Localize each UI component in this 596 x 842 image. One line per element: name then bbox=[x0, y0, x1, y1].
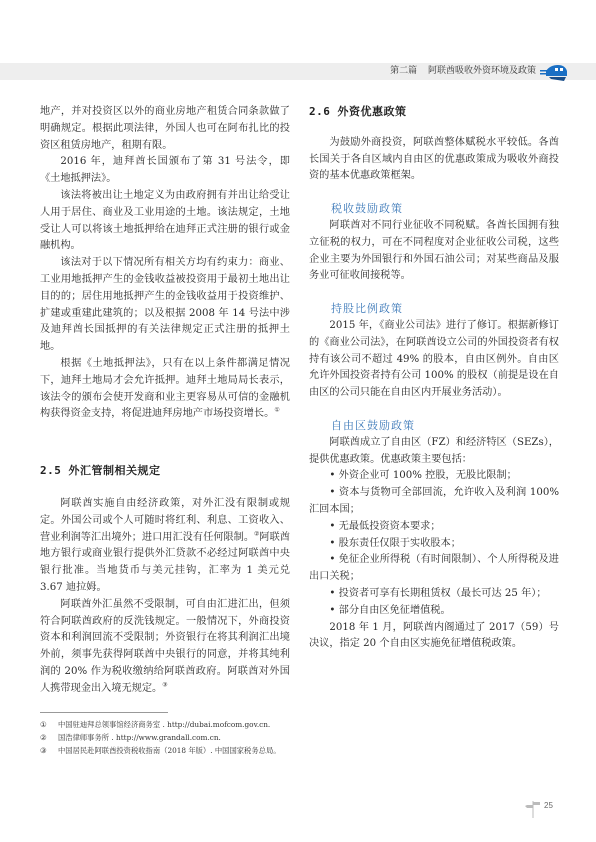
section-title-2-6: 2.6 外资优惠政策 bbox=[309, 104, 559, 121]
header-title: 阿联酋吸收外资环境及政策 bbox=[428, 66, 536, 76]
list-item: • 股东责任仅限于实收股本； bbox=[309, 536, 559, 553]
paragraph-continued: 地产，并对投资区以外的商业房地产租赁合同条款做了明确规定。根据此项法律，外国人也… bbox=[40, 104, 290, 154]
subsection-title-tax: 税收鼓励政策 bbox=[331, 201, 559, 218]
footnote-ref-3[interactable]: ③ bbox=[162, 681, 167, 688]
list-item: • 无最低投资资本要求； bbox=[309, 519, 559, 536]
page-number: 25 bbox=[544, 800, 553, 812]
paragraph-land-definition: 该法将被出让土地定义为由政府拥有并出让给受让人用于居住、商业及工业用途的土地。该… bbox=[40, 188, 290, 255]
paragraph-forex-policy: 阿联酋实施自由经济政策，对外汇没有限制或规定。外国公司或个人可随时将红利、利息、… bbox=[40, 496, 290, 597]
paragraph-incentive-intro: 为鼓励外商投资，阿联酋整体赋税水平较低。各酋长国关于各自区域内自由区的优惠政策成… bbox=[309, 135, 559, 185]
paragraph-2016-decree: 2016 年，迪拜酋长国颁布了第 31 号法令，即《土地抵押法》。 bbox=[40, 154, 290, 188]
page-footer: 25 bbox=[525, 800, 553, 820]
paragraph-shareholding: 2015 年，《商业公司法》进行了修订。根据新修订的《商业公司法》，在阿联酋设立… bbox=[309, 318, 559, 402]
paragraph-tax: 阿联酋对不同行业征收不同税赋。各酋长国拥有独立征税的权力，可在不同程度对企业征收… bbox=[309, 218, 559, 285]
list-item: • 部分自由区免征增值税。 bbox=[309, 603, 559, 620]
footnote-3: ③ 中国居民赴阿联酋投资税收指南（2018 年版）. 中国国家税务总局。 bbox=[40, 744, 440, 757]
list-item: • 资本与货物可全部回流，允许收入及利润 100% 汇回本国； bbox=[309, 485, 559, 519]
left-column: 地产，并对投资区以外的商业房地产租赁合同条款做了明确规定。根据此项法律，外国人也… bbox=[40, 104, 290, 698]
list-item: • 投资者可享有长期租赁权（最长可达 25 年）； bbox=[309, 586, 559, 603]
footnote-ref-1[interactable]: ① bbox=[274, 407, 279, 414]
footnote-divider bbox=[40, 712, 168, 713]
footnote-2: ② 国浩律师事务所 . http://www.grandall.com.cn. bbox=[40, 731, 440, 744]
right-column: 2.6 外资优惠政策 为鼓励外商投资，阿联酋整体赋税水平较低。各酋长国关于各自区… bbox=[309, 104, 559, 653]
paragraph-binding-conditions: 该法对于以下情况所有相关方均有约束力：商业、工业用地抵押产生的金钱收益被投资用于… bbox=[40, 255, 290, 356]
footnotes: ① 中国驻迪拜总领事馆经济商务室 . http://dubai.mofcom.g… bbox=[40, 718, 440, 757]
train-icon bbox=[540, 62, 570, 82]
footnote-1: ① 中国驻迪拜总领事馆经济商务室 . http://dubai.mofcom.g… bbox=[40, 718, 440, 731]
subsection-title-free-zone: 自由区鼓励政策 bbox=[331, 418, 559, 435]
subsection-title-shareholding: 持股比例政策 bbox=[331, 301, 559, 318]
paragraph-free-zone-intro: 阿联酋成立了自由区（FZ）和经济特区（SEZs），提供优惠政策。优惠政策主要包括… bbox=[309, 435, 559, 469]
paragraph-mortgage-conditions: 根据《土地抵押法》，只有在以上条件都满足情况下，迪拜土地局才会允许抵押。迪拜土地… bbox=[40, 356, 290, 423]
paragraph-anti-money-laundering: 阿联酋外汇虽然不受限制，可自由汇进汇出，但须符合阿联酋政府的反洗钱规定。一般情况… bbox=[40, 597, 290, 698]
running-header: 第二篇 阿联酋吸收外资环境及政策 bbox=[390, 64, 536, 79]
header-part: 第二篇 bbox=[390, 66, 417, 76]
signpost-icon bbox=[525, 800, 541, 818]
section-title-2-5: 2.5 外汇管制相关规定 bbox=[40, 463, 290, 480]
list-item: • 外资企业可 100% 控股，无股比限制； bbox=[309, 468, 559, 485]
paragraph-vat-resolution: 2018 年 1 月，阿联酋内阁通过了 2017（59）号决议，指定 20 个自… bbox=[309, 620, 559, 654]
list-item: • 免征企业所得税（有时间限制）、个人所得税及进出口关税； bbox=[309, 552, 559, 586]
